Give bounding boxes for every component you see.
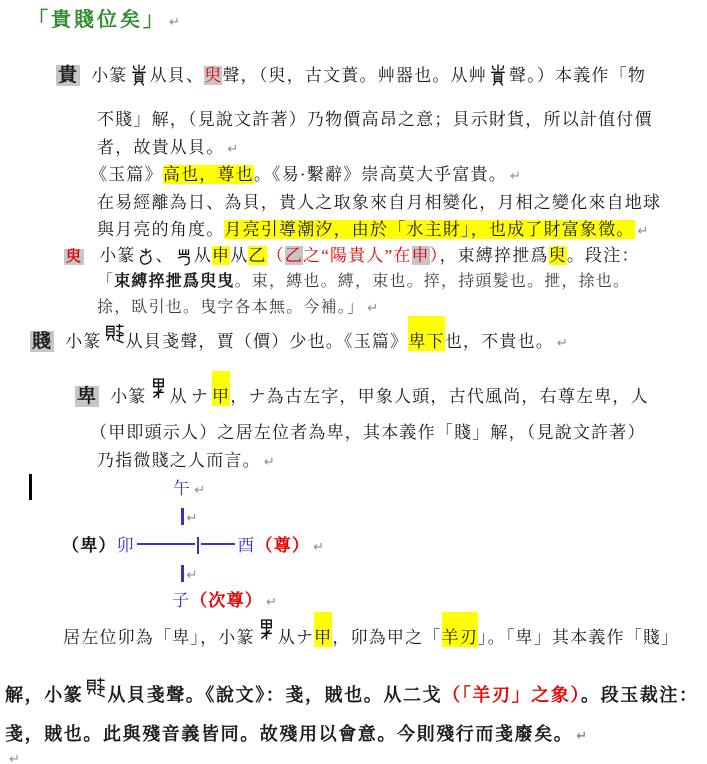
text-run: 也，不貴也。 — [445, 332, 554, 351]
text-run: 與月亮的角度。 — [97, 220, 224, 239]
para-yupian-line: 《玉篇》高也，尊也。《易·繫辭》崇高莫大乎富貴。↵ — [90, 163, 521, 189]
seal-script-jian-icon — [104, 322, 124, 347]
seal-script-bei-icon — [257, 618, 276, 643]
para-yu-line-1: 臾小篆、从申从乙（乙之“陽貴人”在申），束縛捽抴爲臾。段注： — [64, 244, 640, 269]
seal-script-bei-icon — [149, 377, 168, 402]
paragraph-mark-icon: ↵ — [638, 224, 649, 239]
empty-paragraph-line: ↵ — [6, 746, 20, 764]
page-title: 「貴賤位矣」 — [28, 9, 166, 31]
seal-script-yu-variant-b-icon — [176, 248, 192, 266]
diagram-label-bei: （卑） — [62, 536, 117, 555]
para-yu-line-3: 捈，臥引也。曳字各本無。今補。」↵ — [97, 296, 378, 321]
diagram-label-cizun: （次尊） — [190, 591, 263, 610]
text-run: ，束縛捽抴爲 — [439, 246, 548, 265]
highlighted-run: 羊刃 — [442, 612, 478, 647]
para-gui-line-3: 者，故貴从貝。↵ — [97, 136, 238, 162]
headword-gui: 貴 — [56, 65, 80, 86]
text-run: 、 — [156, 246, 174, 265]
para-gui-line-2: 不賤」解，（見說文許著）乃物價高昂之意；貝示財貨，所以計值付價 — [97, 108, 653, 132]
text-run: 居左位卯為「卑」，小篆 — [63, 628, 255, 647]
text-run: 从ナ — [278, 628, 314, 647]
diagram-vertical-bar — [197, 537, 200, 554]
para-juzuo-line-1: 居左位卯為「卑」，小篆从ナ甲，卯為甲之「羊刃」。「卑」其本義作「賤」 — [63, 626, 679, 650]
highlighted-run: 甲 — [314, 612, 332, 647]
diagram-horizontal-line: （卑）卯酉（尊）↵ — [62, 534, 324, 560]
red-run: （「羊刃」之象） — [442, 685, 581, 705]
paragraph-mark-icon: ↵ — [576, 729, 587, 744]
text-run: 从 — [170, 387, 188, 406]
text-run: 乃指微賤之人而言。 — [97, 451, 261, 470]
diagram-branch-wu: 午 — [173, 479, 191, 498]
para-bei-line-2: （甲即頭示人）之居左位者為卑，其本義作「賤」解，（見說文許著） — [90, 421, 646, 445]
diagram-bottom-line: 子（次尊）↵ — [172, 589, 277, 615]
paragraph-mark-icon: ↵ — [169, 15, 180, 30]
diagram-branch-you: 酉 — [237, 536, 255, 555]
paragraph-mark-icon: ↵ — [367, 301, 378, 316]
para-bei-line-3: 乃指微賤之人而言。↵ — [97, 449, 275, 475]
headword-bei: 卑 — [75, 386, 99, 407]
text-run: 解，小篆 — [5, 685, 83, 705]
paragraph-mark-icon: ↵ — [227, 142, 238, 157]
highlighted-run: 月亮引導潮汐，由於「水主財」，也成了財富象徵。 — [224, 220, 634, 239]
text-run: 《玉篇》 — [90, 165, 163, 184]
red-run: ） — [430, 246, 440, 265]
seal-script-gui-icon — [130, 64, 148, 86]
seal-script-yu-variant-a-icon — [138, 248, 154, 266]
text-run: 从 — [230, 246, 248, 265]
para-bei-line-1: 卑小篆从ナ甲，ナ為古左字，甲象人頭，古代風尚，右尊左卑，人 — [75, 385, 649, 409]
text-run: 。段玉裁注： — [581, 685, 699, 705]
text-run: 者，故貴从貝。 — [97, 138, 224, 157]
highlighted-run: 高也，尊也 — [163, 165, 254, 184]
text-run: 不賤」解，（見說文許著）乃物價高昂之意；貝示財貨，所以計值付價 — [97, 110, 653, 129]
paragraph-mark-icon: ↵ — [266, 595, 277, 610]
headword-yu: 臾 — [64, 249, 84, 265]
paragraph-mark-icon: ↵ — [313, 540, 324, 555]
text-run: 小篆 — [91, 66, 127, 85]
text-run: 。段注： — [567, 246, 640, 265]
diagram-horizontal-segment — [201, 543, 235, 545]
diagram-vertical-bar — [181, 565, 184, 582]
text-run: 。束，縛也。縛，束也。捽，持頭髮也。抴，捈也。 — [235, 273, 631, 290]
word-document-page[interactable]: 「貴賤位矣」↵ 貴小篆从貝、臾聲，（臾，古文蕢。艸器也。从艸聲。）本義作「物 不… — [0, 0, 707, 764]
para-yijing-line-2: 與月亮的角度。月亮引導潮汐，由於「水主財」，也成了財富象徵。↵ — [97, 218, 648, 244]
paragraph-mark-icon: ↵ — [187, 568, 198, 583]
paragraph-mark-icon: ↵ — [194, 483, 205, 498]
paragraph-mark-icon: ↵ — [9, 752, 20, 764]
paragraph-mark-icon: ↵ — [557, 336, 568, 351]
highlighted-run: 卑下 — [408, 316, 444, 351]
diagram-horizontal-segment — [137, 543, 195, 545]
paragraph-mark-icon: ↵ — [187, 511, 198, 526]
diagram-branch-mao: 卯 — [117, 536, 135, 555]
highlighted-run: 臾 — [549, 246, 567, 265]
red-highlighted-run: 乙 — [285, 246, 303, 265]
document-title-line: 「貴賤位矣」↵ — [28, 8, 180, 35]
text-run: 小篆 — [110, 387, 146, 406]
text-run: 「 — [97, 273, 114, 290]
text-run: 捈，臥引也。曳字各本無。今補。」 — [97, 299, 364, 316]
para-juzuo-line-3: 戔，賊也。此與殘音義皆同。故殘用以會意。今則殘行而戔廢矣。↵ — [5, 722, 587, 749]
bold-run: 束縛捽抴爲臾曳 — [114, 273, 234, 290]
seal-script-jian-icon — [85, 676, 105, 701]
text-run: 从貝、 — [150, 66, 205, 85]
headword-jian: 賤 — [30, 331, 54, 352]
text-run: 从貝戔聲，賈（價）少也。《玉篇》 — [126, 332, 409, 351]
red-highlighted-run: 申 — [412, 246, 430, 265]
para-jian-line: 賤小篆从貝戔聲，賈（價）少也。《玉篇》卑下也，不貴也。↵ — [30, 330, 568, 356]
highlighted-run: 乙 — [248, 246, 266, 265]
text-run: 从 — [194, 246, 212, 265]
seal-script-gui-icon — [489, 64, 507, 86]
text-cursor — [29, 474, 32, 500]
text-run: ，ナ為古左字，甲象人頭，古代風尚，右尊左卑，人 — [230, 387, 649, 406]
highlighted-run: 申 — [212, 246, 230, 265]
red-run: 之“陽貴人”在 — [303, 246, 412, 265]
text-run: 聲，（臾，古文蕢。艸器也。从艸 — [222, 66, 487, 85]
paragraph-mark-icon: ↵ — [264, 455, 275, 470]
text-run: 小篆 — [65, 332, 101, 351]
text-run: 小篆 — [99, 246, 135, 265]
red-run: （ — [267, 246, 285, 265]
text-run: 戔，賊也。此與殘音義皆同。故殘用以會意。今則殘行而戔廢矣。 — [5, 724, 573, 744]
text-run: 。《易·繫辭》崇高莫大乎富貴。 — [254, 165, 507, 184]
diagram-top-line: 午↵ — [173, 477, 205, 503]
para-gui-line-1: 貴小篆从貝、臾聲，（臾，古文蕢。艸器也。从艸聲。）本義作「物 — [56, 64, 646, 88]
paragraph-mark-icon: ↵ — [510, 169, 521, 184]
text-run: 聲。）本義作「物 — [509, 66, 646, 85]
text-run: 」。「卑」其本義作「賤」 — [478, 628, 679, 647]
text-run: 在易經離為日、為貝，貴人之取象來自月相變化，月相之變化來自地球 — [97, 193, 661, 212]
diagram-lower-bar-line: ↵ — [181, 562, 197, 588]
diagram-upper-bar-line: ↵ — [181, 505, 197, 531]
para-juzuo-line-2: 解，小篆从貝戔聲。《說文》：戔，賊也。从二戈（「羊刃」之象）。段玉裁注： — [5, 683, 699, 707]
highlighted-run: 甲 — [212, 371, 230, 406]
text-run: （甲即頭示人）之居左位者為卑，其本義作「賤」解，（見說文許著） — [90, 423, 646, 442]
diagram-vertical-bar — [181, 508, 184, 525]
highlighted-yu-char: 臾 — [204, 66, 222, 85]
ancient-left-glyph: ナ — [191, 387, 209, 406]
para-yu-line-2: 「束縛捽抴爲臾曳。束，縛也。縛，束也。捽，持頭髮也。抴，捈也。 — [97, 270, 630, 294]
text-run: 从貝戔聲。《說文》：戔，賊也。从二戈 — [107, 685, 442, 705]
text-run: ，卯為甲之「 — [332, 628, 441, 647]
diagram-label-zun: （尊） — [256, 536, 311, 555]
para-yijing-line-1: 在易經離為日、為貝，貴人之取象來自月相變化，月相之變化來自地球 — [97, 191, 661, 215]
diagram-branch-zi: 子 — [172, 591, 190, 610]
